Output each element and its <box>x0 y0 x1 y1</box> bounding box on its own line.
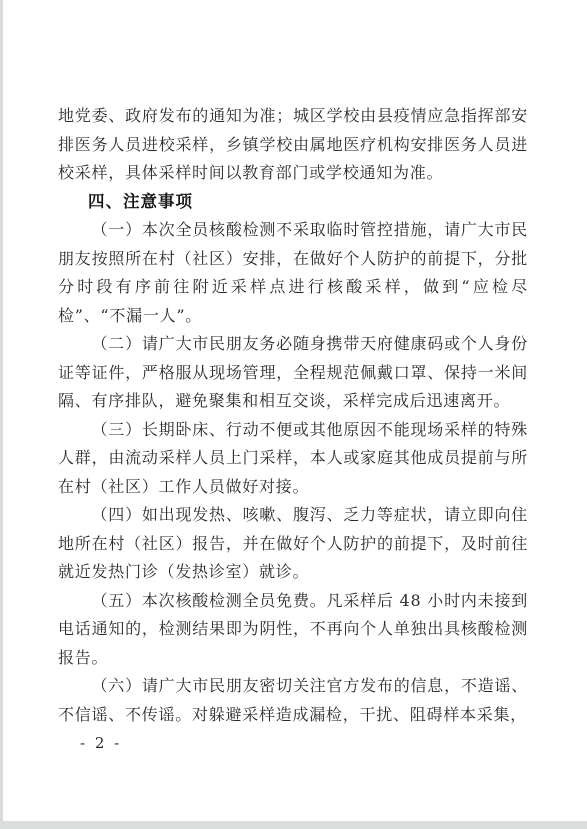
section-heading: 四、注意事项 <box>58 188 528 217</box>
document-page: 地党委、政府发布的通知为准；城区学校由县疫情应急指挥部安排医务人员进校采样，乡镇… <box>0 0 587 829</box>
notice-item-6: （六）请广大市民朋友密切关注官方发布的信息，不造谣、不信谣、不传谣。对躲避采样造… <box>58 672 528 729</box>
notice-item-5: （五）本次核酸检测全员免费。凡采样后 48 小时内未接到电话通知的，检测结果即为… <box>58 587 528 673</box>
document-body: 地党委、政府发布的通知为准；城区学校由县疫情应急指挥部安排医务人员进校采样，乡镇… <box>58 102 528 758</box>
notice-item-2: （二）请广大市民朋友务必随身携带天府健康码或个人身份证等证件，严格服从现场管理，… <box>58 330 528 416</box>
paragraph-continued: 地党委、政府发布的通知为准；城区学校由县疫情应急指挥部安排医务人员进校采样，乡镇… <box>58 102 528 188</box>
notice-item-1: （一）本次全员核酸检测不采取临时管控措施，请广大市民朋友按照所在村（社区）安排，… <box>58 216 528 330</box>
scan-edge-bottom <box>0 821 587 829</box>
notice-item-3: （三）长期卧床、行动不便或其他原因不能现场采样的特殊人群，由流动采样人员上门采样… <box>58 416 528 502</box>
notice-item-4: （四）如出现发热、咳嗽、腹泻、乏力等症状，请立即向住地所在村（社区）报告，并在做… <box>58 501 528 587</box>
page-number: - 2 - <box>58 729 528 758</box>
scan-edge-left <box>0 0 3 829</box>
